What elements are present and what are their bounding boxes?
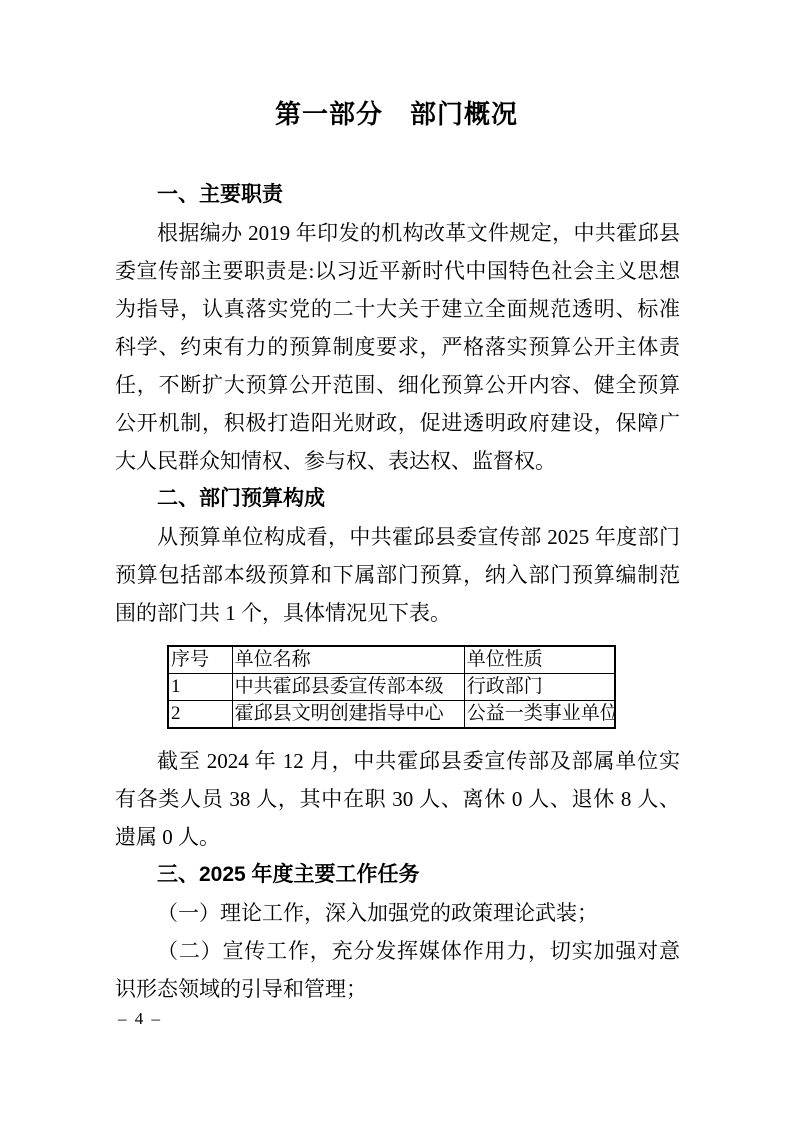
table-header-cell-index: 序号 <box>168 646 232 674</box>
page-title: 第一部分 部门概况 <box>0 97 793 131</box>
page-number: – 4 – <box>118 1007 162 1031</box>
task-item-1: （一）理论工作，深入加强党的政策理论武装； <box>115 894 680 932</box>
section-2-heading: 二、部门预算构成 <box>115 480 680 518</box>
budget-units-table: 序号 单位名称 单位性质 1 中共霍邱县委宣传部本级 行政部门 2 霍邱县文明创… <box>167 645 616 729</box>
table-cell-unit-name: 中共霍邱县委宣传部本级 <box>232 674 464 701</box>
table-cell-unit-type: 公益一类事业单位 <box>464 701 615 729</box>
section-1-heading: 一、主要职责 <box>115 176 680 214</box>
document-page: 第一部分 部门概况 一、主要职责 根据编办 2019 年印发的机构改革文件规定，… <box>0 0 793 1122</box>
table-row: 1 中共霍邱县委宣传部本级 行政部门 <box>168 674 615 701</box>
personnel-paragraph: 截至 2024 年 12 月，中共霍邱县委宣传部及部属单位实有各类人员 38 人… <box>115 742 680 856</box>
task-item-2: （二）宣传工作，充分发挥媒体作用力，切实加强对意识形态领域的引导和管理； <box>115 932 680 1008</box>
section-1-paragraph: 根据编办 2019 年印发的机构改革文件规定，中共霍邱县委宣传部主要职责是:以习… <box>115 214 680 480</box>
section-3-heading: 三、2025 年度主要工作任务 <box>115 856 680 894</box>
table-header-cell-unit-name: 单位名称 <box>232 646 464 674</box>
table-header-cell-unit-type: 单位性质 <box>464 646 615 674</box>
table-row: 2 霍邱县文明创建指导中心 公益一类事业单位 <box>168 701 615 729</box>
table-cell-index: 2 <box>168 701 232 729</box>
table-cell-index: 1 <box>168 674 232 701</box>
table-cell-unit-name: 霍邱县文明创建指导中心 <box>232 701 464 729</box>
document-body: 一、主要职责 根据编办 2019 年印发的机构改革文件规定，中共霍邱县委宣传部主… <box>115 176 680 1008</box>
table-header-row: 序号 单位名称 单位性质 <box>168 646 615 674</box>
table-cell-unit-type: 行政部门 <box>464 674 615 701</box>
section-2-paragraph: 从预算单位构成看，中共霍邱县委宣传部 2025 年度部门预算包括部本级预算和下属… <box>115 518 680 632</box>
